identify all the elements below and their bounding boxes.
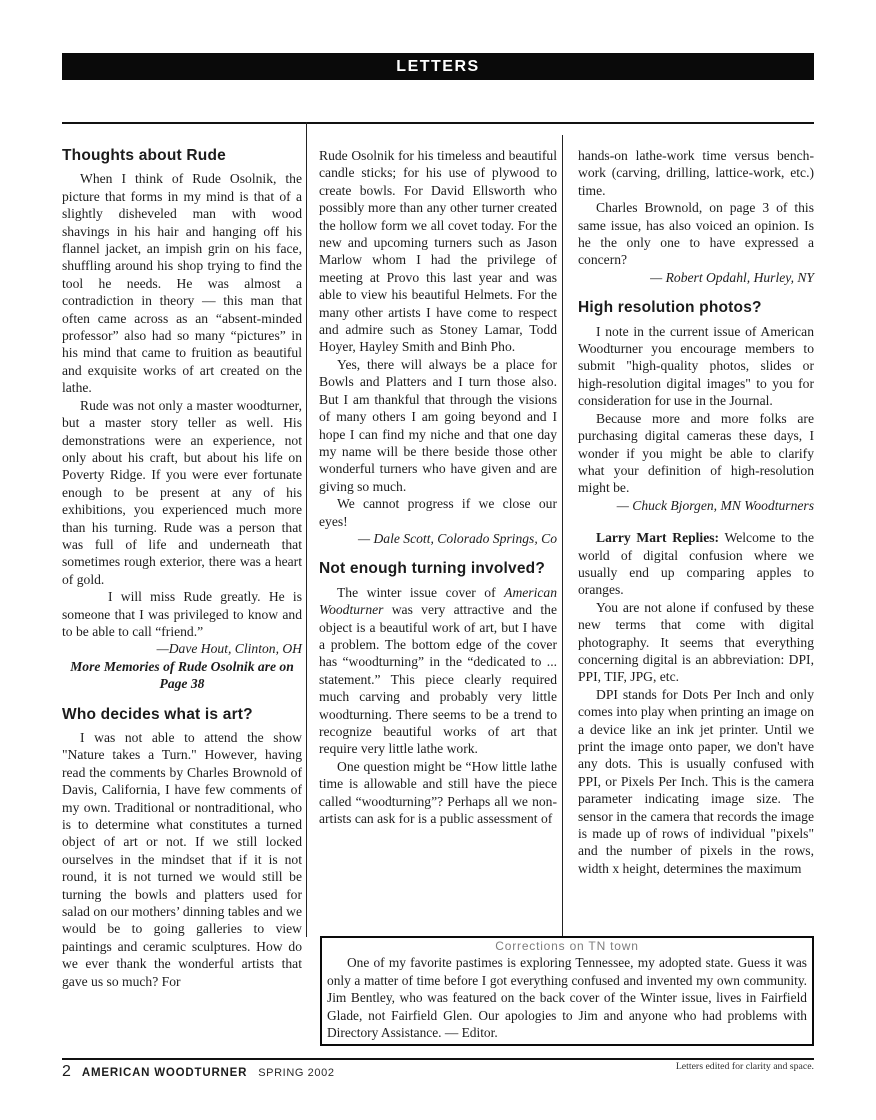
top-rule [62, 122, 814, 124]
letter-paragraph: We cannot progress if we close our eyes! [319, 495, 557, 530]
letter-signature: — Dale Scott, Colorado Springs, Co [319, 530, 557, 547]
footer-rule [62, 1058, 814, 1060]
letter-paragraph: I was not able to attend the show "Natur… [62, 729, 302, 990]
letter-paragraph: Charles Brownold, on page 3 of this same… [578, 199, 814, 269]
letter-paragraph: I note in the current issue of American … [578, 323, 814, 410]
letter-heading-thoughts-about-rude: Thoughts about Rude [62, 147, 302, 164]
magazine-letters-page: LETTERS Thoughts about Rude When I think… [0, 0, 876, 1120]
letter-paragraph: Rude was not only a master woodturner, b… [62, 397, 302, 588]
column-1: Thoughts about Rude When I think of Rude… [62, 147, 302, 990]
letter-heading-high-resolution-photos: High resolution photos? [578, 299, 814, 316]
reply-lead-bold: Larry Mart Replies: [596, 530, 719, 545]
editor-reply-paragraph: DPI stands for Dots Per Inch and only co… [578, 686, 814, 877]
letter-paragraph-continued: Rude Osolnik for his timeless and beauti… [319, 147, 557, 356]
letter-signature: — Robert Opdahl, Hurley, NY [578, 269, 814, 286]
footer-note: Letters edited for clarity and space. [62, 1061, 814, 1072]
paragraph-text: The winter issue cover of [337, 585, 504, 600]
column-3: hands-on lathe-work time versus bench-wo… [578, 147, 814, 877]
editor-reply-paragraph: Larry Mart Replies: Welcome to the world… [578, 529, 814, 599]
section-title: LETTERS [396, 58, 479, 75]
column-2: Rude Osolnik for his timeless and beauti… [319, 147, 557, 827]
paragraph-text: was very attractive and the object is a … [319, 602, 557, 756]
letter-paragraph: The winter issue cover of American Woodt… [319, 584, 557, 758]
column-divider-2 [562, 135, 563, 936]
letter-paragraph: I will miss Rude greatly. He is someone … [62, 588, 302, 640]
editor-note: More Memories of Rude Osolnik are on Pag… [62, 658, 302, 693]
letter-heading-who-decides-what-is-art: Who decides what is art? [62, 706, 302, 723]
correction-box: Corrections on TN town One of my favorit… [320, 936, 814, 1046]
letter-paragraph-continued: hands-on lathe-work time versus bench-wo… [578, 147, 814, 199]
letter-signature: —Dave Hout, Clinton, OH [62, 640, 302, 657]
letter-paragraph: One question might be “How little lathe … [319, 758, 557, 828]
correction-box-body: One of my favorite pastimes is exploring… [327, 954, 807, 1042]
letter-heading-not-enough-turning: Not enough turning involved? [319, 560, 557, 577]
editor-reply-paragraph: You are not alone if confused by these n… [578, 599, 814, 686]
letter-paragraph: Yes, there will always be a place for Bo… [319, 356, 557, 495]
letter-paragraph: Because more and more folks are purchasi… [578, 410, 814, 497]
column-divider-1 [306, 122, 307, 937]
section-header-bar: LETTERS [62, 53, 814, 80]
letter-signature: — Chuck Bjorgen, MN Woodturners [578, 497, 814, 514]
correction-box-title: Corrections on TN town [322, 939, 812, 953]
letter-paragraph: When I think of Rude Osolnik, the pictur… [62, 170, 302, 396]
